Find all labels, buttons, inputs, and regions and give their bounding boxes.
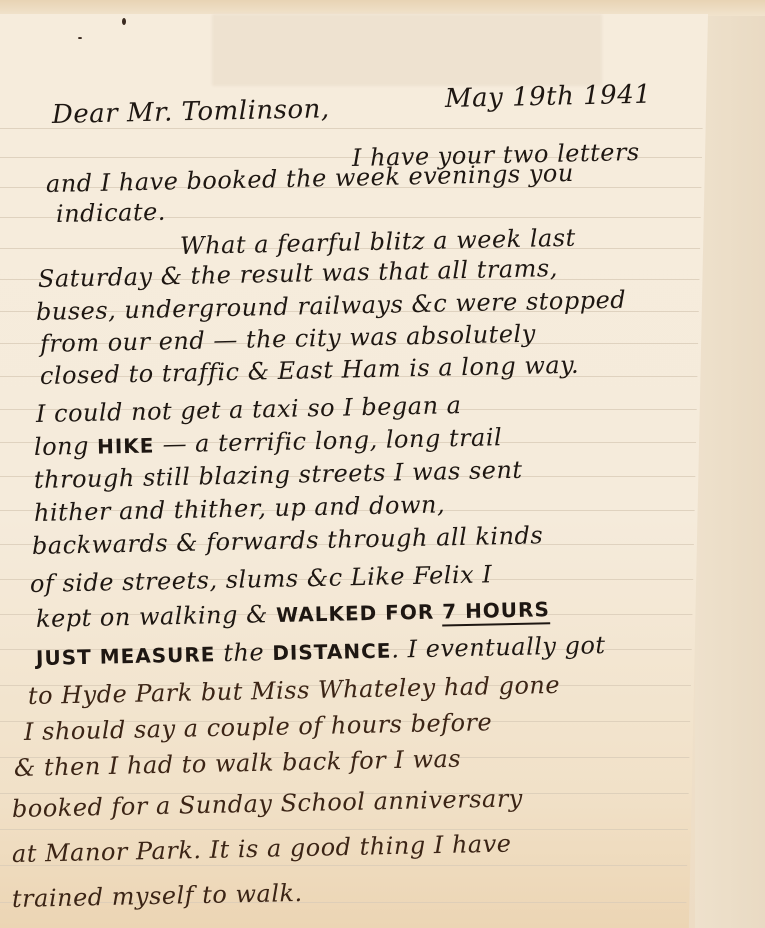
emphasis-just-measure: JUST MEASURE <box>36 642 224 670</box>
emphasis-hike: HIKE <box>97 433 155 458</box>
text-segment: . I eventually got <box>391 631 606 663</box>
letter-date: May 19th 1941 <box>445 80 652 114</box>
letter-line: booked for a Sunday School anniversary <box>12 784 523 823</box>
letter-line: JUST MEASURE the DISTANCE. I eventually … <box>36 631 606 671</box>
text-segment: kept on walking & <box>36 600 277 633</box>
letter-line: of side streets, slums &c Like Felix I <box>30 560 493 598</box>
letter-line: backwards & forwards through all kinds <box>32 521 544 560</box>
letter-body: May 19th 1941 Dear Mr. Tomlinson, I have… <box>0 0 765 928</box>
letter-line: indicate. <box>56 198 166 228</box>
letter-salutation: Dear Mr. Tomlinson, <box>52 94 330 130</box>
letter-line: trained myself to walk. <box>12 879 303 913</box>
text-segment: — a terrific long, long trail <box>154 423 502 458</box>
letter-line: I could not get a taxi so I began a <box>36 391 462 428</box>
emphasis-distance: DISTANCE <box>272 639 392 665</box>
letter-line: closed to traffic & East Ham is a long w… <box>40 351 580 390</box>
emphasis-walked-for: WALKED FOR <box>276 599 443 626</box>
letter-line: I should say a couple of hours before <box>24 708 493 746</box>
letter-line: through still blazing streets I was sent <box>34 456 523 494</box>
letter-line: & then I had to walk back for I was <box>14 745 462 782</box>
letter-line: hither and thither, up and down, <box>34 490 446 527</box>
letter-line: long HIKE — a terrific long, long trail <box>34 423 503 461</box>
text-segment: long <box>34 432 98 461</box>
letter-line: buses, underground railways &c were stop… <box>36 286 627 326</box>
letter-line: to Hyde Park but Miss Whateley had gone <box>28 671 561 710</box>
letter-line: at Manor Park. It is a good thing I have <box>12 830 512 868</box>
letter-line: Saturday & the result was that all trams… <box>38 254 558 293</box>
letter-line: and I have booked the week evenings you <box>46 159 574 198</box>
text-segment: the <box>223 638 273 667</box>
emphasis-7-hours: 7 HOURS <box>442 597 550 626</box>
letter-line: kept on walking & WALKED FOR 7 HOURS <box>36 594 550 633</box>
